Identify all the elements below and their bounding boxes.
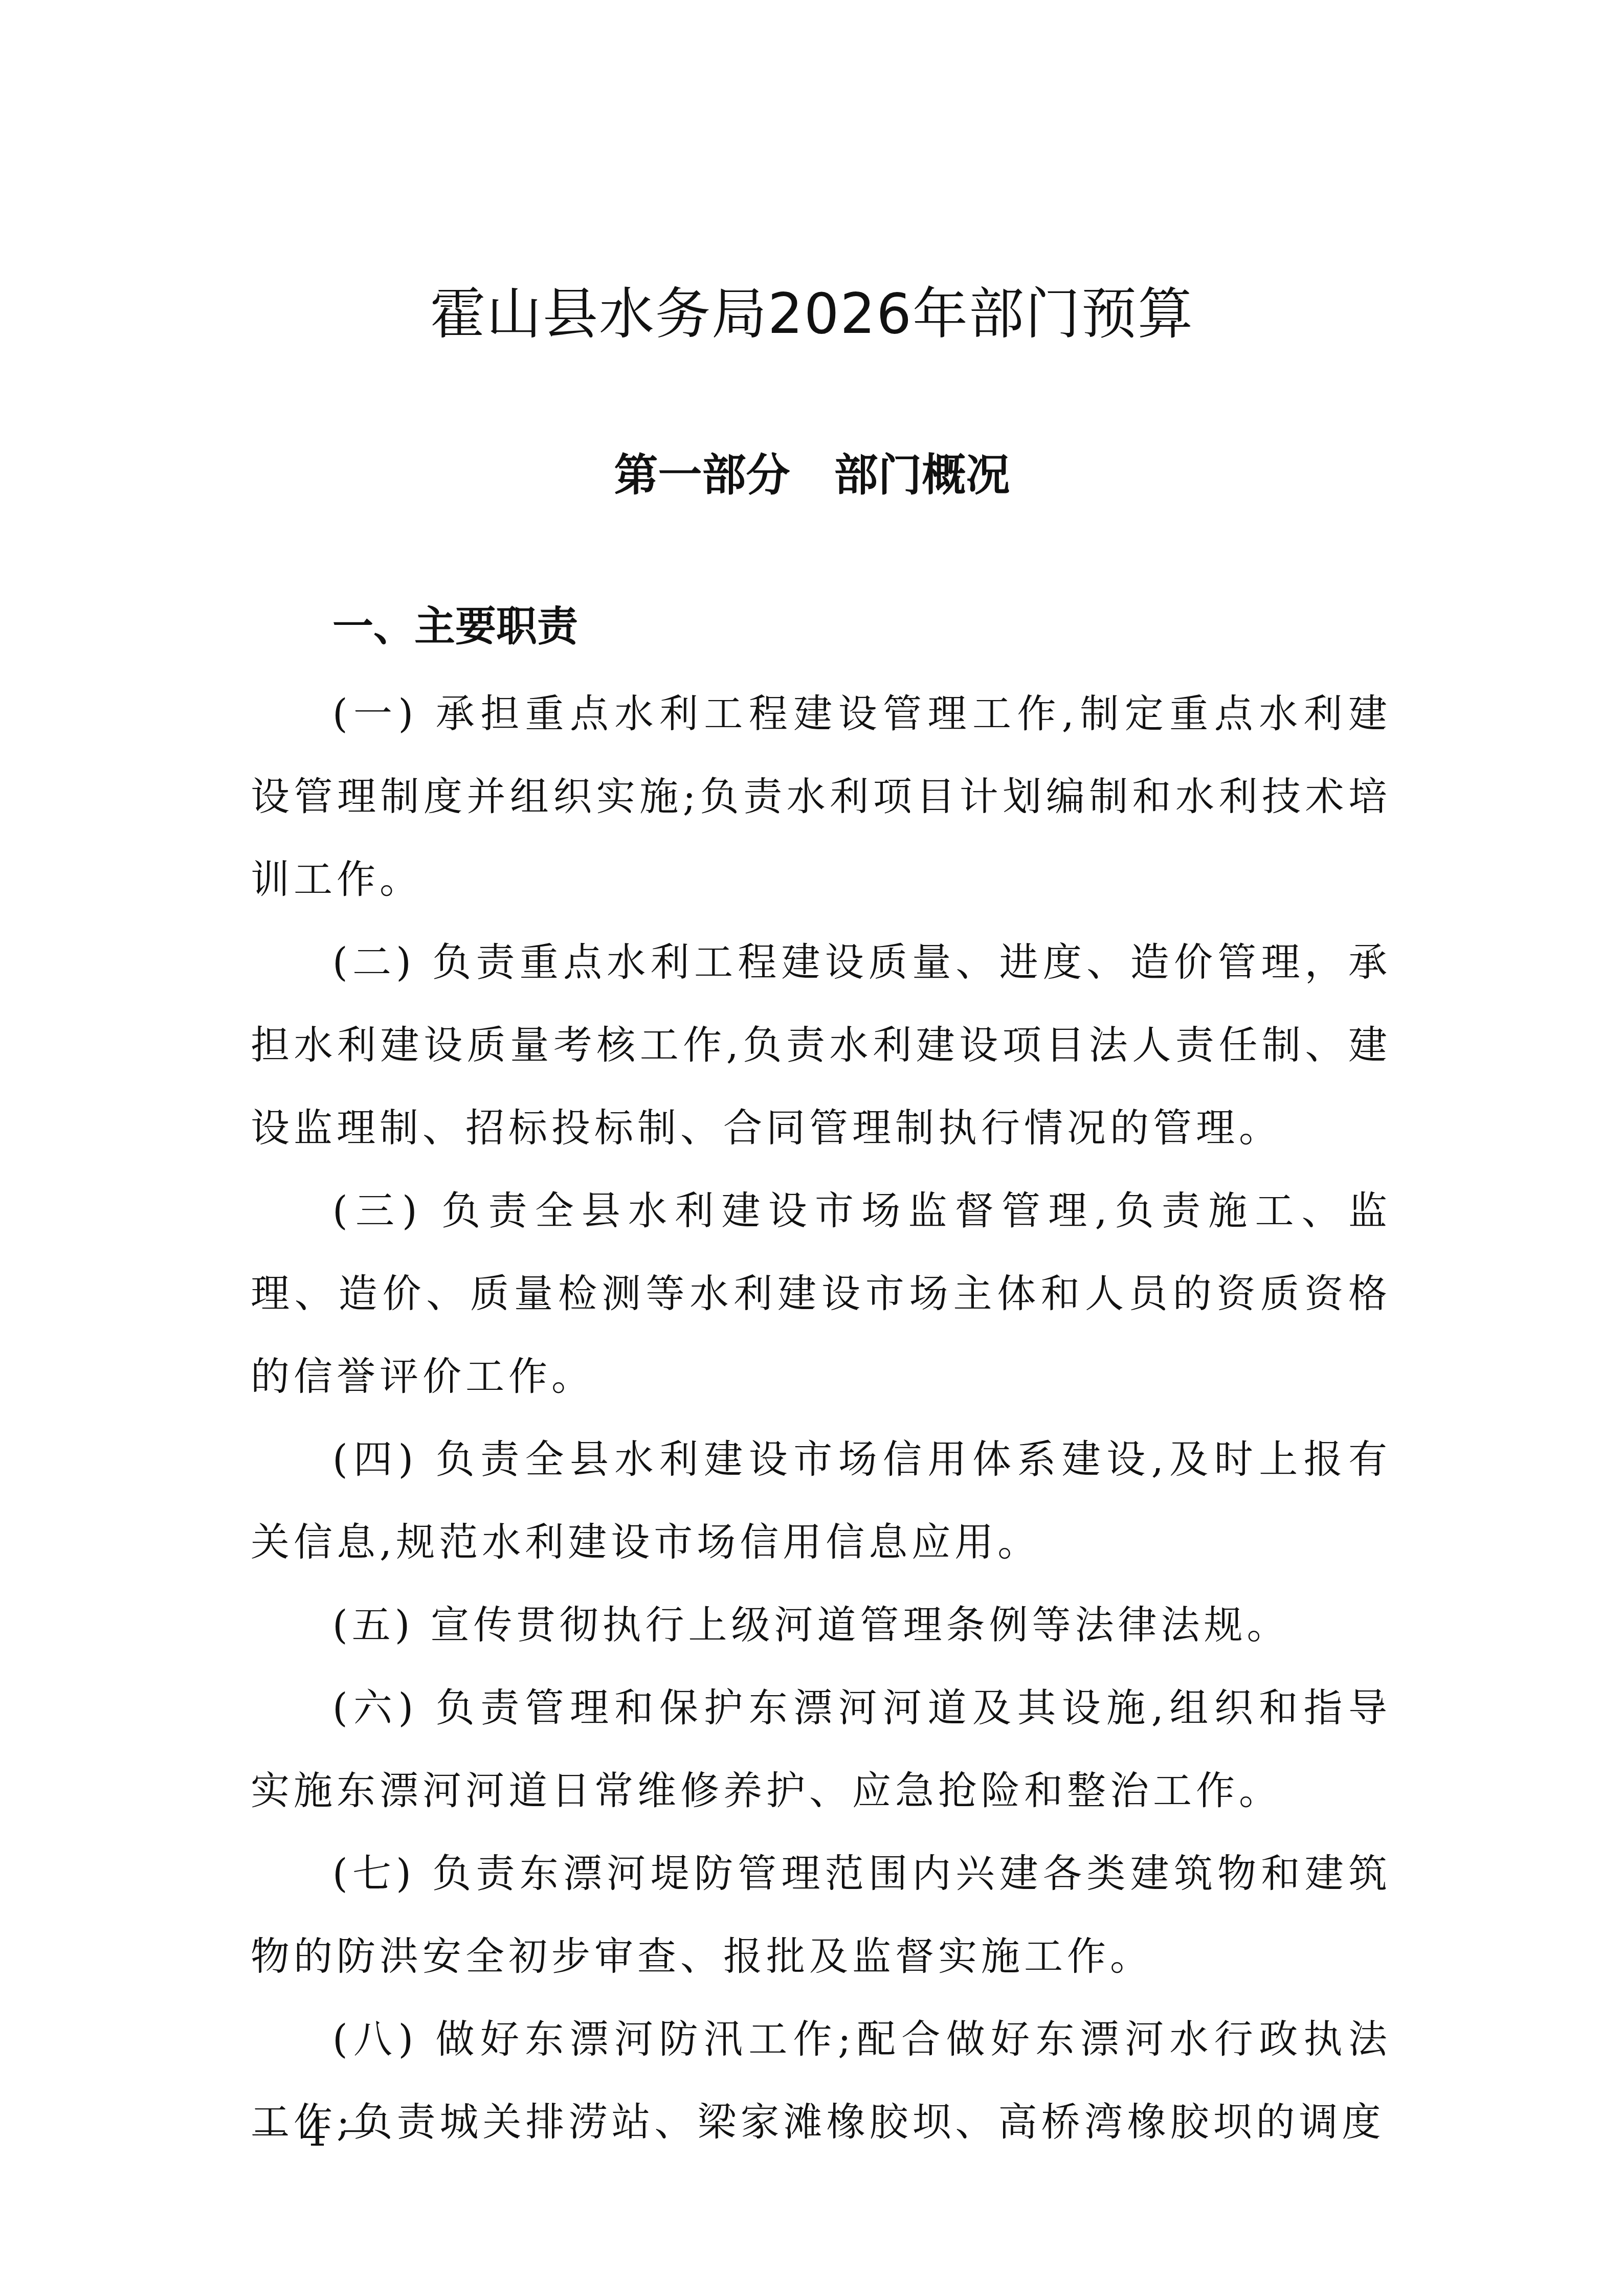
paragraph-4: (四) 负责全县水利建设市场信用体系建设,及时上报有关信息,规范水利建设市场信用… — [251, 1418, 1391, 1584]
paragraph-3: (三) 负责全县水利建设市场监督管理,负责施工、监理、造价、质量检测等水利建设市… — [251, 1169, 1391, 1418]
paragraph-6: (六) 负责管理和保护东漂河河道及其设施,组织和指导实施东漂河河道日常维修养护、… — [251, 1667, 1391, 1832]
page-number: － 4 － — [251, 2107, 378, 2158]
document-title: 霍山县水务局2026年部门预算 — [0, 279, 1624, 350]
paragraph-1: (一) 承担重点水利工程建设管理工作,制定重点水利建设管理制度并组织实施;负责水… — [251, 672, 1391, 921]
paragraph-7: (七) 负责东漂河堤防管理范围内兴建各类建筑物和建筑物的防洪安全初步审查、报批及… — [251, 1832, 1391, 1998]
section-heading: 一、主要职责 — [332, 598, 578, 655]
paragraph-5: (五) 宣传贯彻执行上级河道管理条例等法律法规。 — [251, 1584, 1391, 1667]
part-heading: 第一部分 部门概况 — [0, 447, 1624, 504]
document-body: (一) 承担重点水利工程建设管理工作,制定重点水利建设管理制度并组织实施;负责水… — [251, 672, 1391, 2164]
paragraph-2: (二) 负责重点水利工程建设质量、进度、造价管理，承担水利建设质量考核工作,负责… — [251, 921, 1391, 1169]
paragraph-8: (八) 做好东漂河防汛工作;配合做好东漂河水行政执法工作;负责城关排涝站、梁家滩… — [251, 1998, 1391, 2164]
